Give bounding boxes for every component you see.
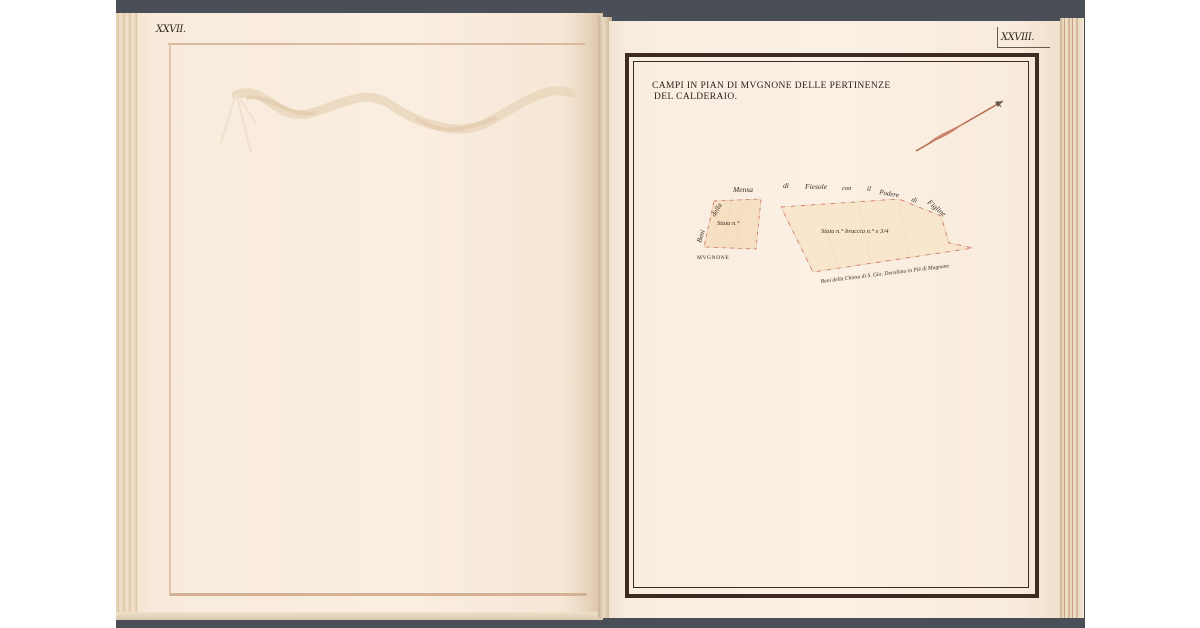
right-page-edges (1060, 18, 1084, 618)
left-page-edges (116, 13, 138, 620)
parcel-small-inscription: Staia n.° (717, 220, 740, 227)
svg-text:di: di (910, 195, 918, 204)
svg-text:Fiesole: Fiesole (804, 182, 828, 191)
right-page: XXVIII. CAMPI IN PIAN DI MVGNONE DELLE P… (609, 21, 1065, 618)
north-arrow-icon (916, 101, 1003, 151)
folio-number-left: XXVII. (156, 24, 186, 35)
svg-text:Mensa: Mensa (732, 185, 753, 194)
svg-text:con: con (842, 185, 851, 192)
svg-text:il: il (867, 185, 871, 193)
ribbon-show-through (216, 83, 576, 183)
estate-map: Staia n.° Staia n.° braccia n.° e 3/4 Me… (609, 21, 1065, 618)
parcel-large-inscription: Staia n.° braccia n.° e 3/4 (821, 228, 889, 235)
mugnone-label: MVGNONE (697, 255, 729, 261)
parcel-small: Staia n.° (704, 199, 761, 249)
svg-text:di: di (783, 181, 789, 190)
left-page: XXVII. (116, 13, 603, 620)
left-page-bottom-edge (116, 612, 603, 620)
svg-text:Podere: Podere (878, 188, 900, 200)
